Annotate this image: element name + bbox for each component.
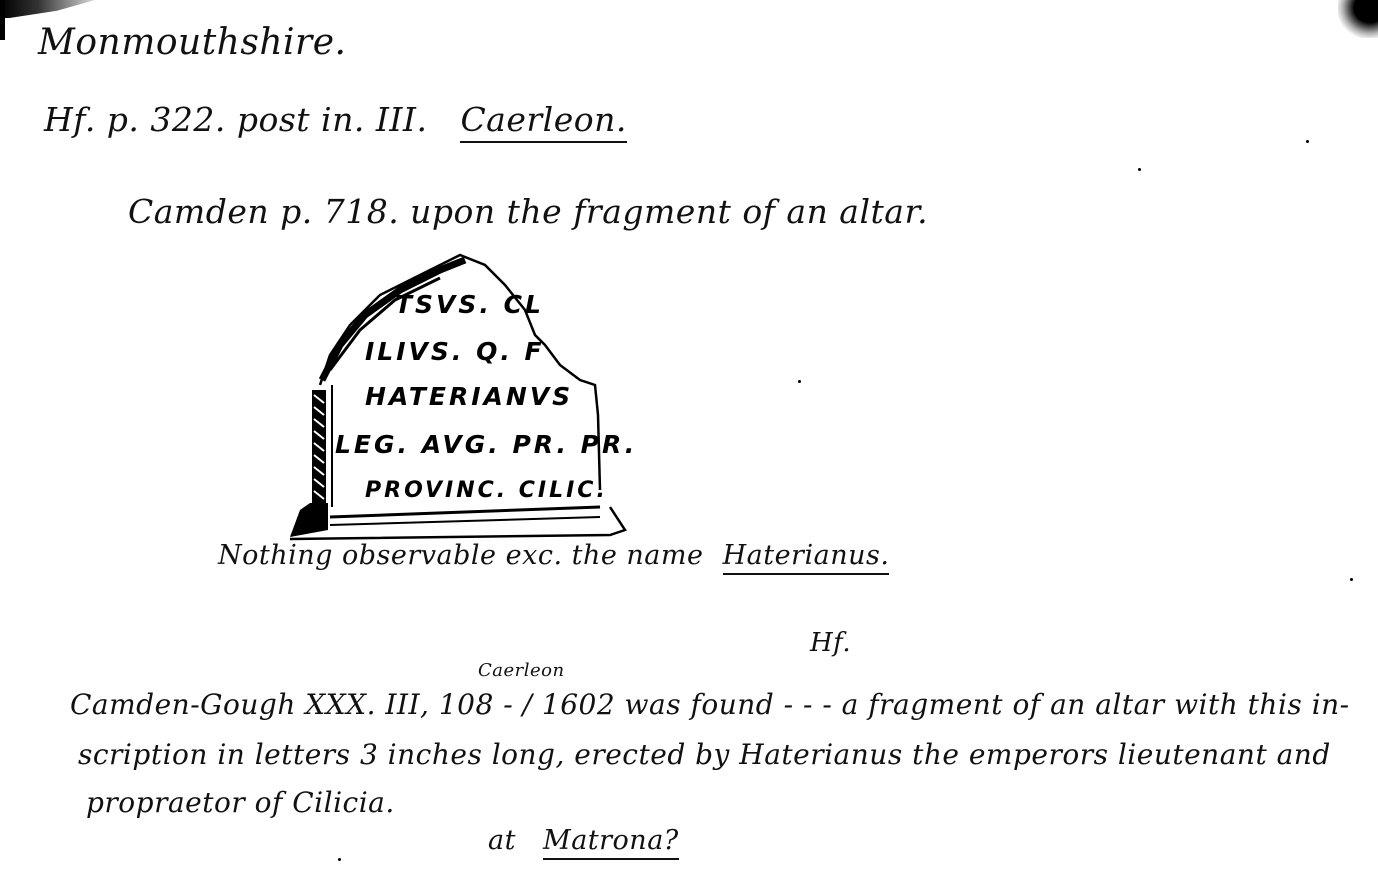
scan-speck: [1138, 168, 1141, 171]
scan-speck: [798, 380, 801, 383]
final-note-prefix: at: [488, 825, 516, 856]
page-heading: Monmouthshire.: [38, 22, 347, 63]
camden-reference-line: Camden p. 718. upon the fragment of an a…: [128, 192, 928, 231]
inscription-line-4: LEG. AVG. PR. PR.: [335, 430, 637, 459]
note-below-altar: Nothing observable exc. the name Hateria…: [218, 540, 889, 571]
note-text: Nothing observable exc. the name: [218, 540, 703, 571]
scan-speck: [338, 858, 341, 861]
final-note-word: Matrona?: [543, 825, 679, 860]
scan-artifact-top-left: [0, 0, 95, 18]
note-name: Haterianus.: [723, 540, 890, 575]
final-note: at Matrona?: [488, 825, 679, 856]
reference-line: Hf. p. 322. post in. III. Caerleon.: [44, 100, 627, 139]
reference-place: Caerleon.: [460, 100, 626, 143]
inscription-line-5: PROVINC. CILIC.: [365, 478, 608, 503]
scan-speck: [1350, 578, 1353, 581]
inscription-line-3: HATERIANVS: [365, 382, 573, 411]
scan-artifact-left-edge: [0, 0, 5, 40]
scan-speck: [1306, 140, 1309, 143]
inscription-line-1: TSVS. CL: [395, 290, 544, 319]
altar-sketch: TSVS. CL ILIVS. Q. F HATERIANVS LEG. AVG…: [270, 245, 640, 545]
marginal-hf: Hf.: [810, 628, 851, 658]
interlinear-caerleon: Caerleon: [478, 660, 565, 681]
gough-line-2: scription in letters 3 inches long, erec…: [78, 738, 1331, 771]
reference-text: Hf. p. 322. post in. III.: [44, 100, 427, 139]
inscription-line-2: ILIVS. Q. F: [365, 337, 545, 366]
scan-artifact-top-right: [1338, 0, 1378, 38]
gough-line-3: propraetor of Cilicia.: [86, 786, 395, 819]
gough-line-1: Camden-Gough XXX. III, 108 - / 1602 was …: [70, 688, 1350, 721]
